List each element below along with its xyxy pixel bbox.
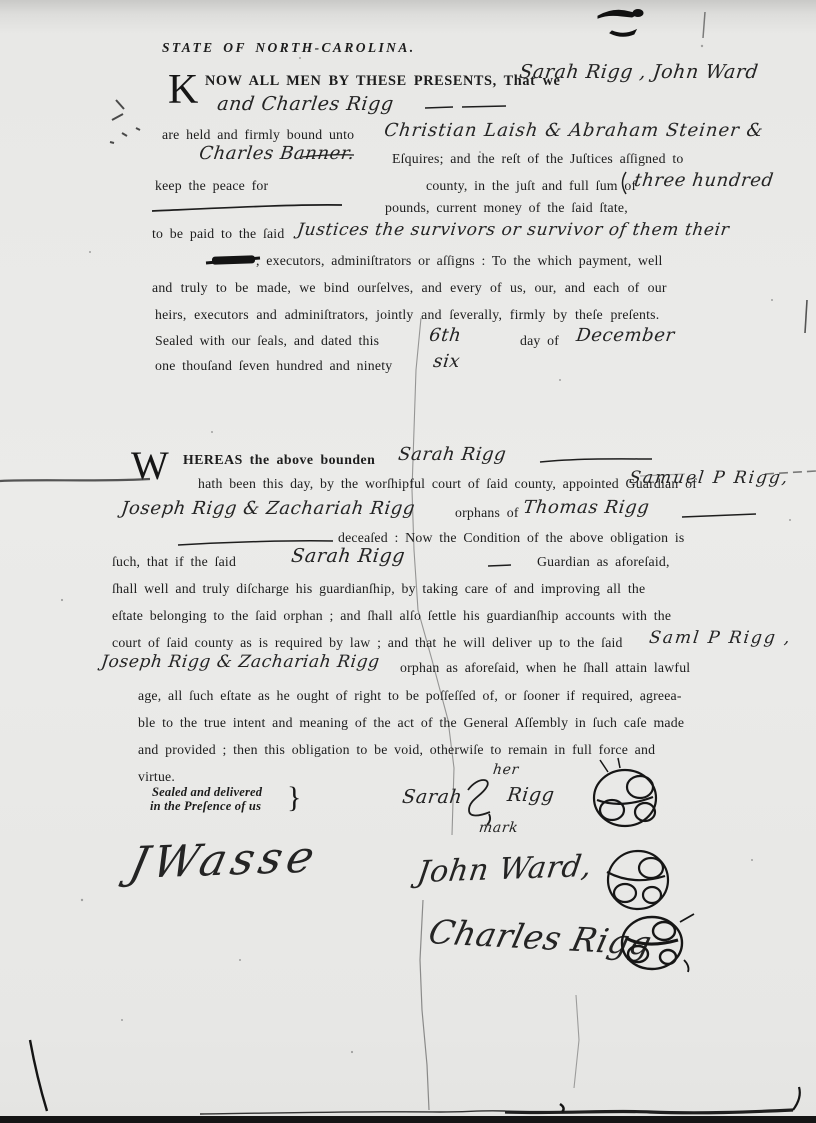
john-ward-signature: John Ward,	[415, 849, 594, 890]
dash-after-guardian	[540, 459, 652, 462]
sarah-signature-first: Sarah	[401, 786, 464, 808]
heirs-line: heirs, executors and adminiſtrators, joi…	[155, 307, 659, 323]
state-header: STATE OF NORTH-CAROLINA.	[162, 40, 416, 56]
aforesaid-line: Guardian as aforeſaid,	[537, 554, 670, 570]
sarah-mark-word-label: mark	[478, 820, 519, 836]
wards-handwritten-3: Saml P Rigg ,	[648, 628, 793, 648]
whereas-line1: HEREAS the above bounden	[183, 452, 375, 468]
attestation-line1: Sealed and delivered	[152, 785, 262, 800]
father-name-handwritten: Thomas Rigg	[522, 497, 651, 518]
drop-cap-w: W	[131, 442, 169, 489]
seal-scribble-sarah	[594, 758, 656, 826]
truly-line: and truly to be made, we bind ourſelves,…	[152, 280, 667, 296]
charles-rigg-signature: Charles Rigg	[425, 912, 656, 963]
deceased-line: deceaſed : Now the Condition of the abov…	[338, 530, 684, 546]
guardian-name-handwritten: Sarah Rigg	[397, 444, 508, 465]
sarah-signature-last: Rigg	[506, 784, 556, 806]
wards-handwritten-1: Samuel P Rigg,	[628, 468, 790, 488]
year-handwritten: six	[432, 351, 462, 372]
executors-line: , executors, adminiſtrators or aſſigns :…	[256, 253, 663, 269]
bottom-edge-artifacts	[30, 1040, 800, 1114]
orphans-of-label: orphans of	[455, 505, 519, 521]
court-line: court of ſaid county as is required by l…	[112, 635, 623, 651]
bottom-left-slant-line	[30, 1040, 47, 1111]
sealed-dated-line: Sealed with our ſeals, and dated this	[155, 333, 379, 349]
whereas-line2: hath been this day, by the worſhipful co…	[198, 476, 697, 492]
attestation-line2: in the Preſence of us	[150, 799, 261, 814]
sum-amount-handwritten: three hundred	[633, 170, 775, 191]
wards-handwritten-2: Joseph Rigg & Zachariah Rigg	[120, 498, 416, 519]
age-line: age, all ſuch eſtate as he ought of righ…	[138, 688, 682, 704]
witness-signature: JWasse	[125, 832, 324, 889]
ble-line: ble to the true intent and meaning of th…	[138, 715, 684, 731]
sarah-mark-her-label: her	[492, 762, 520, 778]
ink-blot-top-right	[598, 10, 643, 37]
day-of-label: day of	[520, 333, 559, 349]
obligors-handwritten-2: and Charles Rigg	[216, 93, 395, 115]
month-handwritten: December	[575, 325, 676, 346]
drop-cap-k: K	[168, 66, 198, 114]
bound-unto-line: are held and firmly bound unto	[162, 127, 354, 143]
scanner-bottom-band	[0, 1116, 816, 1123]
such-line: ſuch, that if the ſaid	[112, 554, 236, 570]
left-margin-marks	[110, 100, 140, 143]
estate-line: eſtate belonging to the ſaid orphan ; an…	[112, 608, 671, 624]
paid-to-line: to be paid to the ſaid	[152, 226, 284, 242]
day-number-handwritten: 6th	[428, 325, 463, 346]
esquires-line: Eſquires; and the reſt of the Juſtices a…	[392, 151, 683, 167]
wards-handwritten-4: Joseph Rigg & Zachariah Rigg	[100, 652, 381, 672]
orphan-aforesaid-line: orphan as aforeſaid, when he ſhall attai…	[400, 660, 690, 676]
keep-peace-line: keep the peace for	[155, 178, 268, 194]
paid-to-handwritten: Justices the survivors or survivor of th…	[296, 220, 731, 240]
dash-after-obligors	[425, 106, 506, 108]
sarah-mark	[468, 780, 490, 825]
justices-handwritten-2: Charles Banner.	[198, 143, 356, 164]
year-printed-line: one thouſand ſeven hundred and ninety	[155, 358, 392, 374]
pounds-line: pounds, current money of the ſaid ſtate,	[385, 200, 628, 216]
bond-opening-line: NOW ALL MEN BY THESE PRESENTS, That we	[205, 73, 561, 90]
virtue-line: virtue.	[138, 769, 175, 785]
attestation-brace: }	[287, 781, 301, 815]
dash-after-father	[682, 514, 756, 517]
fold-creases	[0, 318, 816, 1110]
discharge-line: ſhall well and truly diſcharge his guard…	[112, 581, 645, 597]
obligors-handwritten-1: Sarah Rigg , John Ward	[518, 61, 760, 83]
struck-out-word	[206, 255, 260, 264]
county-sum-line: county, in the juſt and full ſum of	[426, 178, 636, 194]
right-margin-fold-dash	[805, 300, 807, 333]
guardian-name2-handwritten: Sarah Rigg	[290, 545, 406, 567]
dash-before-aforesaid	[488, 565, 511, 566]
scanned-document-page: STATE OF NORTH-CAROLINA. K NOW ALL MEN B…	[0, 0, 816, 1123]
justices-handwritten-1: Christian Laish & Abraham Steiner &	[383, 120, 765, 141]
provided-line: and provided ; then this obligation to b…	[138, 742, 655, 758]
paper-specks	[61, 45, 791, 1053]
top-center-fold-dash	[703, 12, 705, 38]
seal-scribble-john-ward	[607, 851, 668, 909]
rule-keep-peace	[152, 205, 342, 211]
